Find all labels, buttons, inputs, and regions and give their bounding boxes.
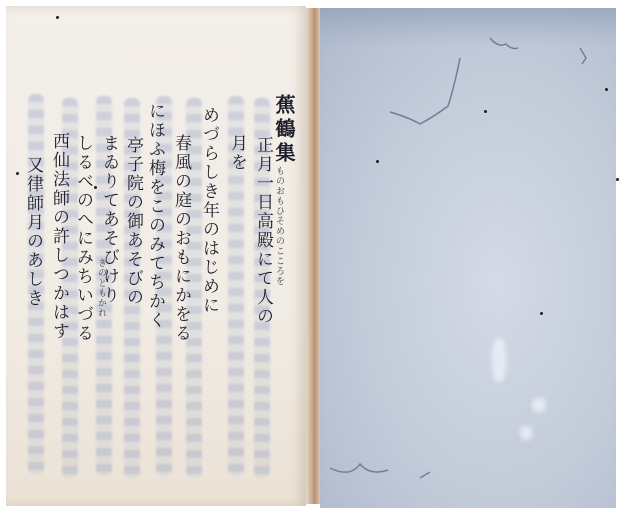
paper-stain: [532, 398, 546, 412]
text-column: 西仙法師の許しつかはす: [50, 132, 67, 341]
book-gutter: [306, 8, 320, 504]
text-column: 亭子院の御あそびの: [124, 136, 141, 307]
text-column: 正月一日高殿にて人の: [254, 136, 271, 326]
paper-stain: [492, 338, 506, 382]
text-column: 又律師月のあしき: [24, 156, 41, 308]
manuscript-spread: 蕉鶴集 正月一日高殿にて人の ものおもひそめのこころを 月を めづらしき年のはじ…: [0, 0, 640, 522]
text-column: にほふ梅をこのみてちかく: [146, 102, 163, 330]
paper-stain: [520, 426, 532, 440]
collection-title: 蕉鶴集: [274, 94, 294, 166]
ink-speck: [376, 160, 379, 163]
ink-speck: [56, 16, 59, 19]
text-column: 春風の庭のおもにかをる: [172, 134, 189, 343]
left-page: 蕉鶴集 正月一日高殿にて人の ものおもひそめのこころを 月を めづらしき年のはじ…: [6, 6, 306, 506]
ink-speck: [605, 88, 608, 91]
ink-speck: [16, 172, 19, 175]
ruby-annotation: きのともかれ: [96, 258, 105, 318]
ink-speck: [616, 178, 619, 181]
ruby-annotation: ものおもひそめのこころを: [274, 166, 283, 286]
right-page: [320, 8, 616, 508]
ink-speck: [484, 110, 487, 113]
ink-speck: [540, 312, 543, 315]
text-column: 月を: [228, 134, 245, 172]
paper-fiber-marks: [320, 8, 616, 508]
text-column: しるべのへにみちいづる: [74, 134, 91, 343]
ink-speck: [94, 186, 97, 189]
text-column: めづらしき年のはじめに: [200, 106, 217, 315]
